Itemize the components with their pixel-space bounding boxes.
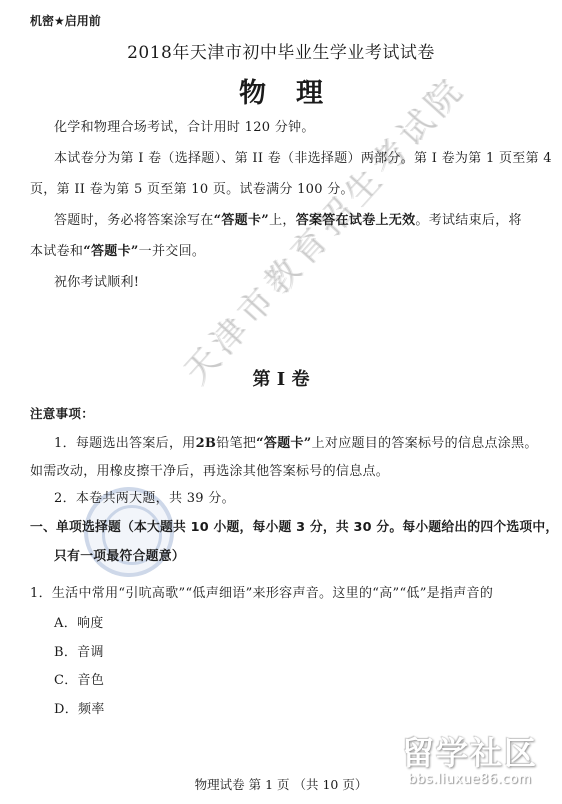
instruction-answer-1: 答题时，务必将答案涂写在“答题卡”上，答案答在试卷上无效。考试结束后，将 bbox=[54, 209, 522, 228]
option-text: 音调 bbox=[77, 645, 104, 660]
part1-heading-line-1: 一、单项选择题（本大题共 10 小题，每小题 3 分，共 30 分。每小题给出的… bbox=[30, 516, 558, 535]
question-1-stem: 1．生活中常用“引吭高歌”“低声细语”来形容声音。这里的“高”“低”是指声音的 bbox=[30, 582, 493, 601]
text: 一并交回。 bbox=[139, 244, 206, 259]
option-label: A． bbox=[54, 616, 77, 631]
instruction-answer-2: 本试卷和“答题卡”一并交回。 bbox=[30, 240, 205, 259]
page-footer: 物理试卷 第 1 页 （共 10 页） bbox=[0, 775, 562, 793]
text: 上， bbox=[269, 213, 296, 228]
answer-card-emphasis: “答题卡” bbox=[214, 213, 269, 228]
answer-card-emphasis: “答题卡” bbox=[83, 244, 138, 259]
subject-title: 物理 bbox=[0, 71, 562, 110]
option-text: 频率 bbox=[78, 702, 105, 717]
exam-title: 2018年天津市初中毕业生学业考试试卷 bbox=[0, 38, 562, 63]
text: 上对应题目的答案标号的信息点涂黑。 bbox=[312, 436, 538, 451]
option-text: 响度 bbox=[77, 616, 104, 631]
good-luck-text: 祝你考试顺利! bbox=[54, 271, 139, 290]
part1-heading-line-2: 只有一项最符合题意） bbox=[54, 545, 185, 564]
invalid-answer-emphasis: 答案答在试卷上无效 bbox=[296, 213, 416, 228]
text: 答题时，务必将答案涂写在 bbox=[54, 213, 214, 228]
text: 本试卷和 bbox=[30, 244, 83, 259]
text: 。考试结束后，将 bbox=[415, 213, 521, 228]
confidential-mark: 机密★启用前 bbox=[30, 12, 101, 29]
pencil-emphasis: 2B bbox=[196, 436, 217, 451]
answer-card-emphasis: “答题卡” bbox=[256, 436, 311, 451]
option-label: C． bbox=[54, 673, 78, 688]
option-label: B． bbox=[54, 645, 77, 660]
site-logo-text: 留学社区 bbox=[395, 728, 545, 774]
section-title: 第 I 卷 bbox=[0, 365, 562, 391]
note-2: 2．本卷共两大题，共 39 分。 bbox=[54, 487, 235, 506]
note-1-line-1: 1．每题选出答案后，用2B铅笔把“答题卡”上对应题目的答案标号的信息点涂黑。 bbox=[54, 432, 538, 451]
question-1-option-a: A．响度 bbox=[54, 612, 104, 631]
option-text: 音色 bbox=[78, 673, 105, 688]
option-label: D． bbox=[54, 702, 78, 717]
question-1-option-b: B．音调 bbox=[54, 641, 104, 660]
text: 铅笔把 bbox=[216, 436, 256, 451]
note-1-line-2: 如需改动，用橡皮擦干净后，再选涂其他答案标号的信息点。 bbox=[30, 460, 389, 479]
notes-heading: 注意事项： bbox=[30, 404, 94, 422]
instruction-structure-2: 页，第 II 卷为第 5 页至第 10 页。试卷满分 100 分。 bbox=[30, 178, 354, 197]
instruction-time: 化学和物理合场考试，合计用时 120 分钟。 bbox=[54, 116, 315, 135]
question-1-option-d: D．频率 bbox=[54, 698, 105, 717]
text: 1．每题选出答案后，用 bbox=[54, 436, 196, 451]
question-1-option-c: C．音色 bbox=[54, 669, 104, 688]
instruction-structure-1: 本试卷分为第 I 卷（选择题）、第 II 卷（非选择题）两部分。第 I 卷为第 … bbox=[54, 147, 552, 166]
